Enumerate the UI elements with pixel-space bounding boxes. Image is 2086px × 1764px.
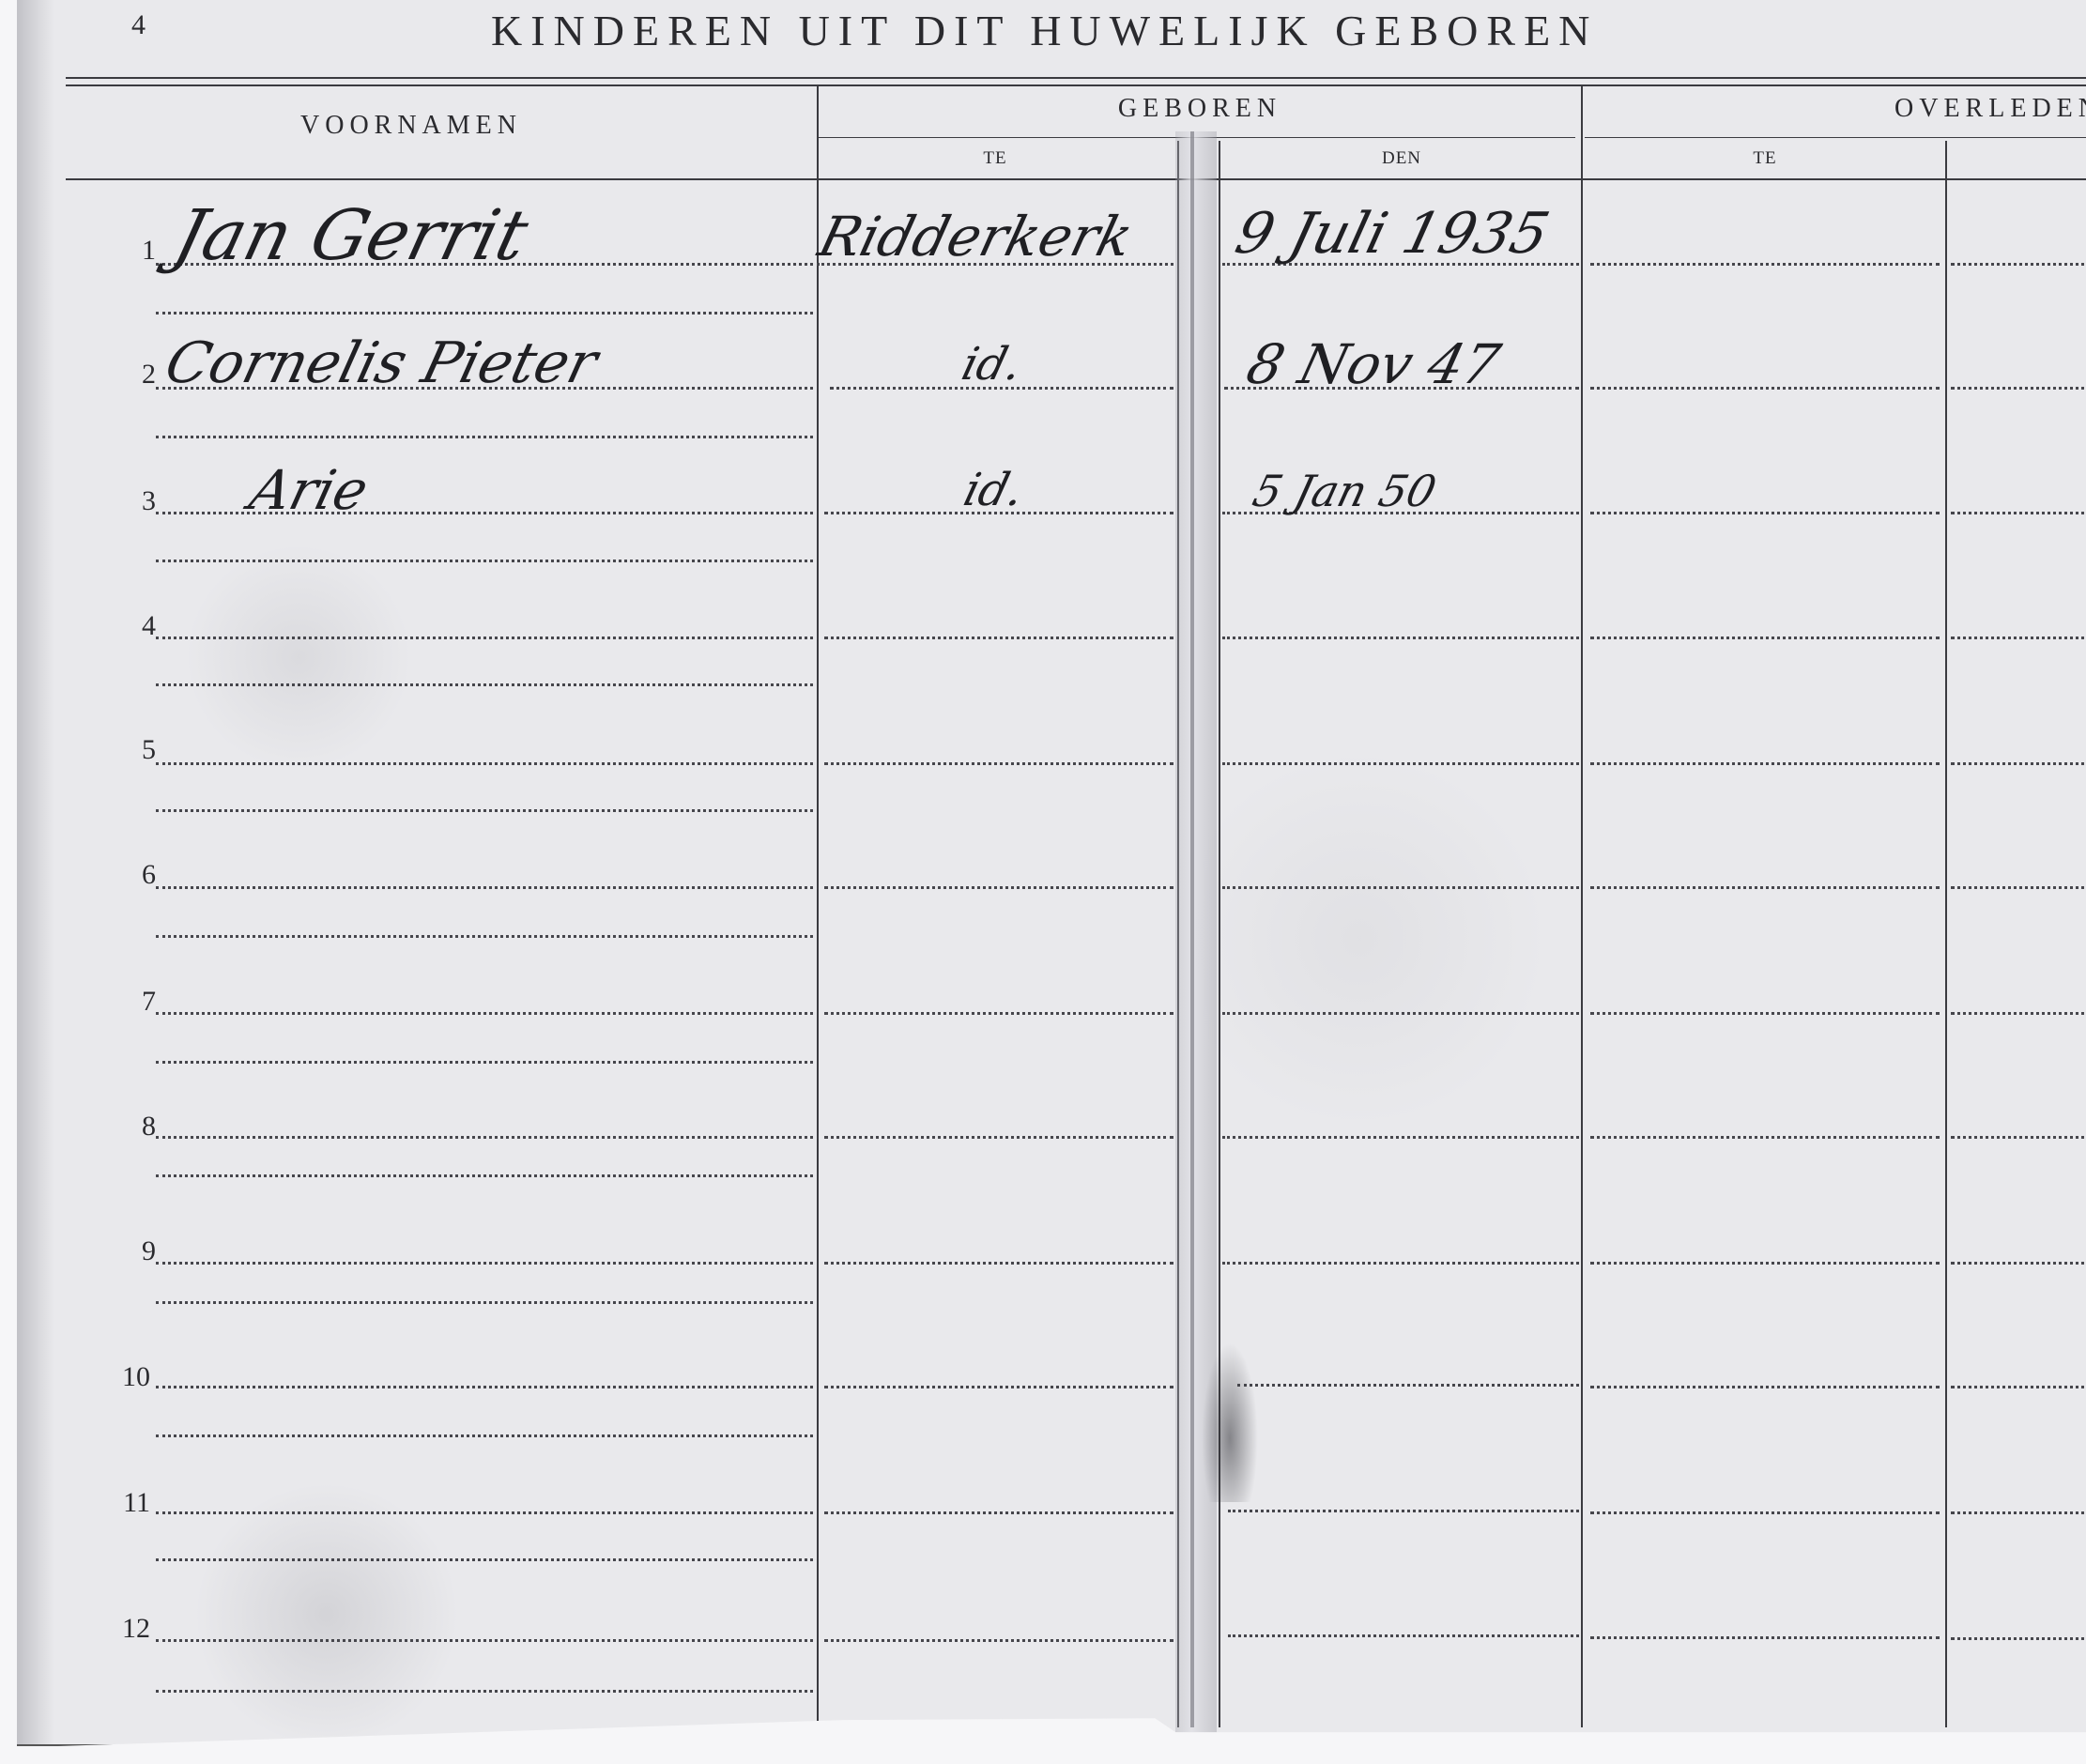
row-line [824, 886, 1173, 889]
row-number: 9 [100, 1235, 156, 1267]
row-line [1951, 1511, 2086, 1514]
handwritten-birth-date: 8 Nov 47 [1241, 332, 1507, 396]
handwritten-birth-place: id. [957, 338, 1027, 391]
row-number: 7 [100, 986, 156, 1018]
row-line [1590, 1386, 1940, 1388]
row-subline [156, 1434, 813, 1437]
column-divider-voornamen [817, 86, 819, 1726]
row-subline [156, 312, 813, 314]
row-subline [156, 560, 813, 562]
row-line [156, 1136, 813, 1139]
row-line [156, 637, 813, 639]
row-line [824, 1386, 1173, 1388]
handwritten-birth-date: 9 Juli 1935 [1229, 201, 1556, 267]
register-page-spread: 4 KINDEREN UIT DIT HUWELIJK GEBOREN VOOR… [17, 0, 2086, 1746]
column-header-overleden: OVERLEDEN [1782, 94, 2086, 124]
handwritten-birth-date: 5 Jan 50 [1248, 466, 1441, 516]
page-title: KINDEREN UIT DIT HUWELIJK GEBOREN [491, 6, 1598, 55]
row-subline [156, 436, 813, 438]
row-line [1951, 886, 2086, 889]
row-line [156, 1639, 813, 1642]
binding-thread [1190, 131, 1194, 1727]
row-number: 6 [100, 859, 156, 891]
row-line [156, 1262, 813, 1265]
row-number: 11 [94, 1487, 150, 1519]
row-line [1951, 637, 2086, 639]
row-line [824, 1639, 1173, 1642]
column-header-overleden-te: TE [1585, 148, 1945, 169]
row-line [1951, 1386, 2086, 1388]
row-number: 12 [94, 1613, 150, 1645]
row-line [1951, 1012, 2086, 1015]
page-number: 4 [131, 9, 146, 41]
row-line [1590, 1511, 1940, 1514]
row-line [1222, 1262, 1579, 1265]
header-rule-second [66, 84, 2086, 86]
header-rule-bottom [66, 178, 2086, 180]
row-subline [156, 1061, 813, 1064]
row-line [1590, 637, 1940, 639]
header-rule-top [66, 77, 2086, 79]
row-subline [156, 809, 813, 812]
row-line [1222, 762, 1579, 765]
row-line [1951, 1136, 2086, 1139]
row-line [1222, 886, 1579, 889]
row-line [1590, 886, 1940, 889]
row-subline [156, 935, 813, 938]
row-line [156, 1511, 813, 1514]
row-subline [156, 1690, 813, 1693]
row-line [1237, 1384, 1579, 1387]
row-number: 3 [100, 485, 156, 517]
row-line [1222, 1012, 1579, 1015]
row-line [1951, 263, 2086, 266]
row-line [1590, 263, 1940, 266]
book-spine [1175, 131, 1217, 1744]
row-number: 1 [100, 235, 156, 267]
row-line [1590, 1012, 1940, 1015]
row-line [1951, 762, 2086, 765]
row-line [1951, 1637, 2086, 1640]
row-line [156, 1386, 813, 1388]
column-divider-overleden-te [1945, 141, 1947, 1727]
row-line [1228, 1510, 1579, 1512]
row-subline [156, 683, 813, 686]
row-line [824, 1262, 1173, 1265]
column-header-geboren-te: TE [817, 148, 1173, 169]
row-line [1590, 1636, 1940, 1639]
row-subline [156, 1174, 813, 1177]
row-line [1222, 1136, 1579, 1139]
row-subline [156, 1558, 813, 1561]
column-header-geboren: GEBOREN [1012, 94, 1388, 124]
row-line [1590, 762, 1940, 765]
row-line [156, 886, 813, 889]
row-line [1951, 512, 2086, 514]
row-number: 8 [100, 1111, 156, 1143]
row-number: 5 [100, 734, 156, 766]
row-line [1590, 1262, 1940, 1265]
row-line [1951, 1262, 2086, 1265]
row-line [1590, 387, 1940, 390]
handwritten-first-names: Arie [244, 458, 375, 522]
column-header-voornamen: VOORNAMEN [214, 111, 608, 141]
row-line [156, 762, 813, 765]
row-line [824, 1511, 1173, 1514]
row-line [824, 1136, 1173, 1139]
row-line [824, 1012, 1173, 1015]
row-line [1590, 1136, 1940, 1139]
handwritten-first-names: Jan Gerrit [166, 195, 535, 276]
row-line [1951, 387, 2086, 390]
handwritten-birth-place: id. [959, 464, 1029, 516]
row-line [156, 1012, 813, 1015]
handwritten-first-names: Cornelis Pieter [159, 330, 604, 396]
column-header-geboren-den: DEN [1220, 148, 1583, 169]
subheader-rule-overleden [1585, 137, 2086, 138]
row-subline [156, 1301, 813, 1304]
handwritten-birth-place: Ridderkerk [813, 205, 1140, 268]
row-number: 10 [94, 1361, 150, 1393]
row-line [1590, 512, 1940, 514]
row-line [824, 762, 1173, 765]
row-line [824, 637, 1173, 639]
row-line [1222, 637, 1579, 639]
row-line [1228, 1634, 1579, 1637]
row-number: 4 [100, 610, 156, 642]
binding-thread-knot [1202, 1342, 1258, 1502]
column-divider-geboren [1581, 86, 1583, 1727]
row-number: 2 [100, 359, 156, 391]
